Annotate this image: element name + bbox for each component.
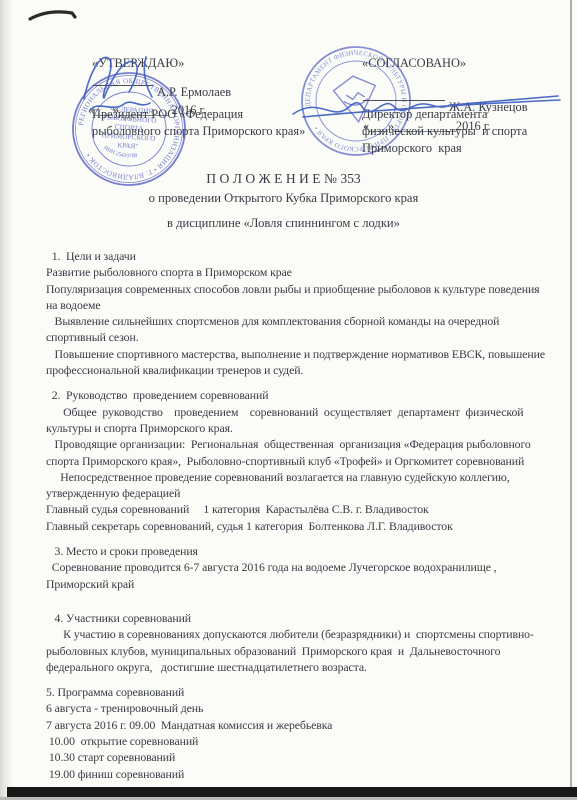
doc-line: спорта Приморского края», Рыболовно-спор… [46, 453, 570, 469]
doc-line: рыболовного спорта Приморского края» [92, 123, 305, 140]
doc-line: Приморского края [362, 140, 527, 157]
doc-line: Выявление сильнейших спортсменов для ком… [46, 313, 570, 329]
doc-line: спортивный сезон. [46, 329, 570, 345]
doc-line [46, 592, 570, 601]
doc-line: Популяризация современных способов ловли… [46, 281, 570, 297]
body-text: 1. Цели и задачиРазвитие рыболовного спо… [46, 248, 570, 782]
agree-date-line: «___»__________2016 г. [363, 119, 491, 134]
doc-line: 1. Цели и задачи [46, 248, 570, 264]
doc-line: профессиональной квалификации тренеров и… [46, 362, 570, 378]
agree-signatory: Ж.А. Кузнецов [449, 100, 528, 115]
doc-line: 5. Программа соревнований [46, 684, 570, 700]
doc-line: 3. Место и сроки проведения [46, 543, 570, 559]
doc-line: Главный секретарь соревнований, судья 1 … [46, 518, 570, 534]
doc-line: 10.30 старт соревнований [46, 749, 570, 765]
doc-line: рыболовных клубов, муниципальных образов… [46, 643, 570, 659]
doc-line: Главный судья соревнований 1 категория К… [46, 501, 570, 517]
doc-line: 6 августа - тренировочный день [46, 700, 570, 716]
doc-line [46, 534, 570, 543]
page-discipline: в дисциплине «Ловля спиннингом с лодки» [0, 216, 567, 231]
doc-line: культуры и спорта Приморского края. [46, 420, 570, 436]
agree-signature-line [363, 100, 445, 101]
doc-line: 10.00 открытие соревнований [46, 733, 570, 749]
doc-line [46, 601, 570, 610]
doc-line: 7 августа 2016 г. 09.00 Мандатная комисс… [46, 717, 570, 733]
doc-line: 4. Участники соревнований [46, 610, 570, 626]
scan-edge-bottom [7, 787, 577, 797]
doc-line: Повышение спортивного мастерства, выполн… [46, 346, 570, 362]
scanned-document-page: РЕГИОНАЛЬНАЯ ОБЩЕСТВЕННАЯ ОРГАНИЗАЦИЯ • … [0, 0, 577, 800]
doc-line: Развитие рыболовного спорта в Приморском… [46, 264, 570, 280]
approve-label: «УТВЕРЖДАЮ» [92, 55, 305, 72]
page-title: П О Л О Ж Е Н И Е № 353 [0, 171, 567, 187]
approve-signatory: А.Р. Ермолаев [157, 85, 231, 100]
scan-edge-left [0, 0, 13, 800]
doc-line: Проводящие организации: Региональная общ… [46, 436, 570, 452]
scan-edge-right [570, 0, 572, 788]
doc-line: Соревнование проводится 6-7 августа 2016… [46, 559, 570, 575]
doc-line: Приморский край [46, 576, 570, 592]
doc-line: 2. Руководство проведением соревнований [46, 387, 570, 403]
agree-label: «СОГЛАСОВАНО» [362, 55, 527, 72]
doc-line [46, 378, 570, 387]
doc-line: на водоеме [46, 297, 570, 313]
doc-line: 19.00 финиш соревнований [46, 766, 570, 782]
doc-line: федерального округа, достигшие шестнадца… [46, 659, 570, 675]
doc-line: Общее руководство проведением соревнован… [46, 404, 570, 420]
approve-date-line: «___»________ 2016 г. [88, 103, 206, 118]
doc-line: Непосредственное проведение соревнований… [46, 469, 570, 485]
approve-signature-line [93, 85, 153, 86]
doc-line: утвержденную федерацией [46, 485, 570, 501]
doc-line: К участию в соревнованиях допускаются лю… [46, 626, 570, 642]
page-subtitle: о проведении Открытого Кубка Приморского… [0, 191, 567, 206]
scan-fold-mark [0, 0, 90, 30]
doc-line [46, 675, 570, 684]
